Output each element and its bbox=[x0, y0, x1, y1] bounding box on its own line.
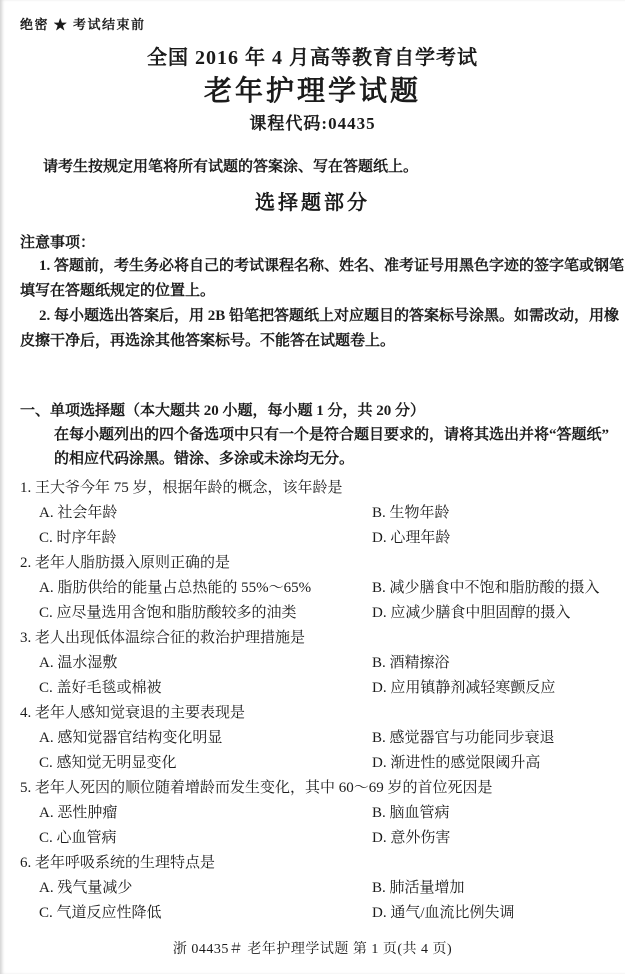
option: D. 意外伤害 bbox=[372, 826, 605, 851]
option: D. 应减少膳食中胆固醇的摄入 bbox=[372, 601, 605, 626]
question-item: 1. 王大爷今年 75 岁，根据年龄的概念，该年龄是 A. 社会年龄 B. 生物… bbox=[20, 476, 605, 551]
attention-item-line: 皮擦干净后，再选涂其他答案标号。不能答在试题卷上。 bbox=[20, 329, 605, 354]
attention-item-line: 填写在答题纸规定的位置上。 bbox=[20, 279, 605, 304]
option: A. 感知觉器官结构变化明显 bbox=[39, 726, 372, 751]
question-text: 3. 老人出现低体温综合征的救治护理措施是 bbox=[20, 626, 605, 651]
option: C. 时序年龄 bbox=[39, 526, 372, 551]
question-options: A. 社会年龄 B. 生物年龄 C. 时序年龄 D. 心理年龄 bbox=[39, 501, 605, 551]
option: C. 心血管病 bbox=[39, 826, 372, 851]
option: D. 心理年龄 bbox=[372, 526, 605, 551]
option: B. 酒精擦浴 bbox=[372, 651, 605, 676]
question-item: 4. 老年人感知觉衰退的主要表现是 A. 感知觉器官结构变化明显 B. 感觉器官… bbox=[20, 701, 605, 776]
question-options: A. 恶性肿瘤 B. 脑血管病 C. 心血管病 D. 意外伤害 bbox=[39, 801, 605, 851]
option: D. 应用镇静剂减轻寒颤反应 bbox=[372, 676, 605, 701]
question-text: 6. 老年呼吸系统的生理特点是 bbox=[20, 851, 605, 876]
question-list: 1. 王大爷今年 75 岁，根据年龄的概念，该年龄是 A. 社会年龄 B. 生物… bbox=[20, 476, 605, 926]
paper-title: 老年护理学试题 bbox=[20, 74, 605, 110]
attention-item: 1. 答题前，考生务必将自己的考试课程名称、姓名、准考证号用黑色字迹的签字笔或钢… bbox=[20, 254, 605, 304]
option: B. 减少膳食中不饱和脂肪酸的摄入 bbox=[372, 576, 605, 601]
attention-heading: 注意事项： bbox=[20, 232, 605, 254]
section-one-instruction-line: 的相应代码涂黑。错涂、多涂或未涂均无分。 bbox=[54, 447, 605, 471]
section-part-title: 选择题部分 bbox=[20, 189, 605, 217]
question-options: A. 脂肪供给的能量占总热能的 55%～65% B. 减少膳食中不饱和脂肪酸的摄… bbox=[39, 576, 605, 626]
question-options: A. 温水湿敷 B. 酒精擦浴 C. 盖好毛毯或棉被 D. 应用镇静剂减轻寒颤反… bbox=[39, 651, 605, 701]
question-options: A. 感知觉器官结构变化明显 B. 感觉器官与功能同步衰退 C. 感知觉无明显变… bbox=[39, 726, 605, 776]
option: D. 通气/血流比例失调 bbox=[372, 901, 605, 926]
attention-item-line: 2. 每小题选出答案后，用 2B 铅笔把答题纸上对应题目的答案标号涂黑。如需改动… bbox=[20, 304, 605, 329]
option: A. 脂肪供给的能量占总热能的 55%～65% bbox=[39, 576, 372, 601]
question-text: 2. 老年人脂肪摄入原则正确的是 bbox=[20, 551, 605, 576]
section-one-instructions: 在每小题列出的四个备选项中只有一个是符合题目要求的，请将其选出并将“答题纸” 的… bbox=[54, 423, 605, 471]
question-item: 2. 老年人脂肪摄入原则正确的是 A. 脂肪供给的能量占总热能的 55%～65%… bbox=[20, 551, 605, 626]
section-one-heading: 一、单项选择题（本大题共 20 小题，每小题 1 分，共 20 分） bbox=[20, 399, 605, 423]
question-item: 3. 老人出现低体温综合征的救治护理措施是 A. 温水湿敷 B. 酒精擦浴 C.… bbox=[20, 626, 605, 701]
option: B. 生物年龄 bbox=[372, 501, 605, 526]
secret-label: 绝密 ★ 考试结束前 bbox=[20, 16, 605, 34]
option: B. 肺活量增加 bbox=[372, 876, 605, 901]
option: A. 残气量减少 bbox=[39, 876, 372, 901]
option: B. 感觉器官与功能同步衰退 bbox=[372, 726, 605, 751]
attention-item: 2. 每小题选出答案后，用 2B 铅笔把答题纸上对应题目的答案标号涂黑。如需改动… bbox=[20, 304, 605, 354]
option: A. 恶性肿瘤 bbox=[39, 801, 372, 826]
option: A. 社会年龄 bbox=[39, 501, 372, 526]
option: C. 应尽量选用含饱和脂肪酸较多的油类 bbox=[39, 601, 372, 626]
option: C. 盖好毛毯或棉被 bbox=[39, 676, 372, 701]
question-text: 4. 老年人感知觉衰退的主要表现是 bbox=[20, 701, 605, 726]
question-item: 6. 老年呼吸系统的生理特点是 A. 残气量减少 B. 肺活量增加 C. 气道反… bbox=[20, 851, 605, 926]
option: A. 温水湿敷 bbox=[39, 651, 372, 676]
question-text: 1. 王大爷今年 75 岁，根据年龄的概念，该年龄是 bbox=[20, 476, 605, 501]
question-text: 5. 老年人死因的顺位随着增龄而发生变化，其中 60～69 岁的首位死因是 bbox=[20, 776, 605, 801]
option: D. 渐进性的感觉限阈升高 bbox=[372, 751, 605, 776]
attention-item-line: 1. 答题前，考生务必将自己的考试课程名称、姓名、准考证号用黑色字迹的签字笔或钢… bbox=[20, 254, 605, 279]
option: B. 脑血管病 bbox=[372, 801, 605, 826]
course-code: 课程代码:04435 bbox=[20, 113, 605, 135]
question-item: 5. 老年人死因的顺位随着增龄而发生变化，其中 60～69 岁的首位死因是 A.… bbox=[20, 776, 605, 851]
page-footer: 浙 04435＃ 老年护理学试题 第 1 页(共 4 页) bbox=[0, 940, 625, 960]
option: C. 感知觉无明显变化 bbox=[39, 751, 372, 776]
section-one-instruction-line: 在每小题列出的四个备选项中只有一个是符合题目要求的，请将其选出并将“答题纸” bbox=[54, 423, 605, 447]
option: C. 气道反应性降低 bbox=[39, 901, 372, 926]
exam-paper-page: 绝密 ★ 考试结束前 全国 2016 年 4 月高等教育自学考试 老年护理学试题… bbox=[0, 0, 625, 974]
pen-instruction: 请考生按规定用笔将所有试题的答案涂、写在答题纸上。 bbox=[20, 156, 605, 178]
exam-title: 全国 2016 年 4 月高等教育自学考试 bbox=[20, 45, 605, 71]
question-options: A. 残气量减少 B. 肺活量增加 C. 气道反应性降低 D. 通气/血流比例失… bbox=[39, 876, 605, 926]
